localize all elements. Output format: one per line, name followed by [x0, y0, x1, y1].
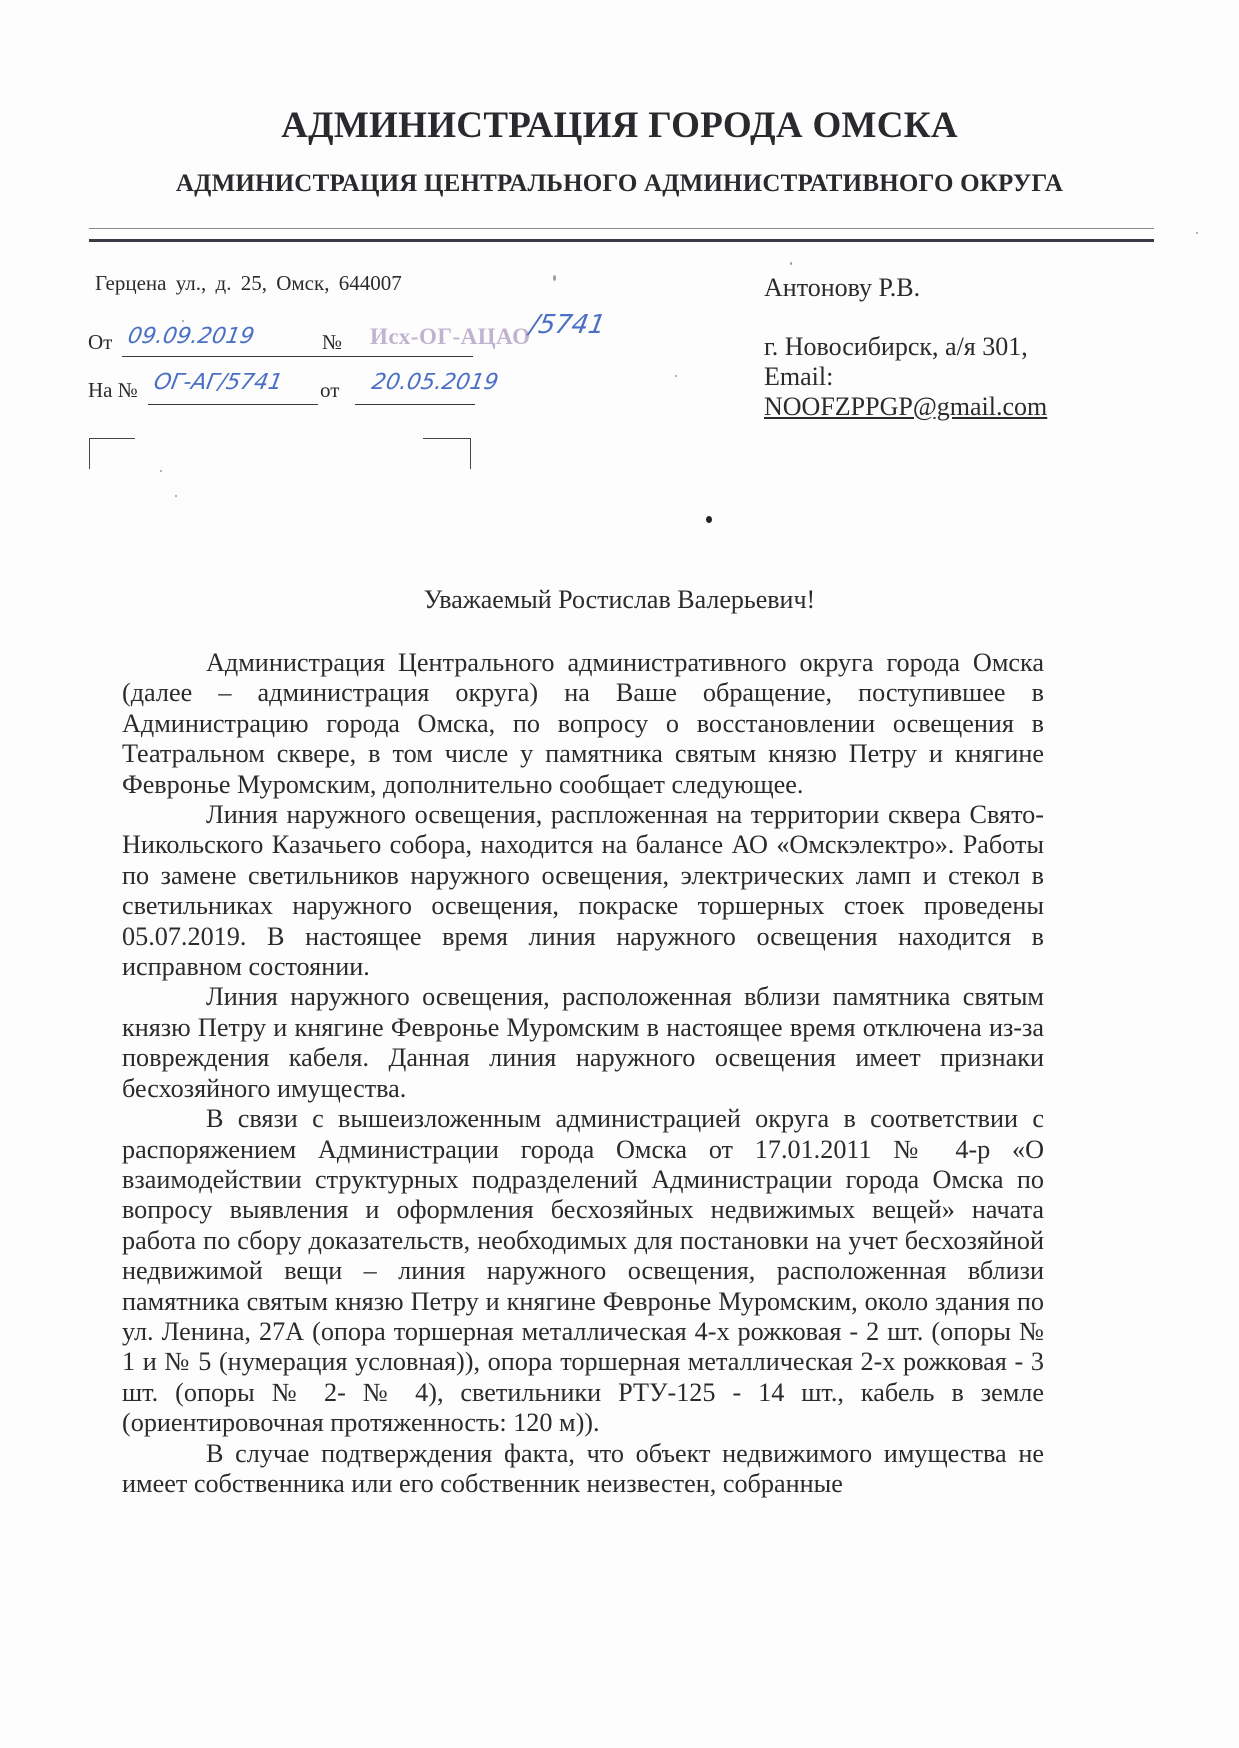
- header-rule-thick: [89, 239, 1154, 242]
- recipient-email-label: Email:: [764, 362, 1047, 392]
- sender-address: Герцена ул., д. 25, Омск, 644007: [95, 271, 402, 296]
- scan-speck: [175, 495, 177, 497]
- letter-page: АДМИНИСТРАЦИЯ ГОРОДА ОМСКА АДМИНИСТРАЦИЯ…: [0, 0, 1239, 1748]
- outgoing-reference-row: От 09.09.2019 № Исх-ОГ-АЦАО /5741: [88, 330, 648, 360]
- letter-body: Администрация Центрального административ…: [122, 648, 1044, 1499]
- incoming-reference-row: На № ОГ-АГ/5741 от 20.05.2019: [88, 378, 588, 408]
- scan-speck: [182, 320, 184, 322]
- scan-dot-mark: [706, 516, 712, 523]
- header-rule-thin: [89, 228, 1154, 229]
- from-label: От: [88, 330, 112, 355]
- scan-speck: [553, 275, 556, 281]
- scan-speck: [675, 375, 677, 377]
- reply-from-date-handwritten: 20.05.2019: [370, 370, 500, 395]
- body-paragraph: Линия наружного освещения, расположенная…: [122, 982, 1044, 1104]
- scan-speck: [790, 262, 792, 265]
- from-date-handwritten: 09.09.2019: [126, 324, 256, 349]
- recipient-name: Антонову Р.В.: [764, 273, 1047, 303]
- recipient-email-link[interactable]: NOOFZPPGP@gmail.com: [764, 392, 1047, 422]
- recipient-block: Антонову Р.В. г. Новосибирск, а/я 301, E…: [764, 273, 1047, 422]
- scan-speck: [1196, 232, 1198, 234]
- body-paragraph: Администрация Центрального административ…: [122, 648, 1044, 800]
- sub-organization-title: АДМИНИСТРАЦИЯ ЦЕНТРАЛЬНОГО АДМИНИСТРАТИВ…: [0, 170, 1239, 198]
- scan-speck: [160, 470, 162, 472]
- recipient-address: г. Новосибирск, а/я 301,: [764, 332, 1047, 362]
- greeting: Уважаемый Ростислав Валерьевич!: [0, 585, 1239, 615]
- outgoing-number-stamp: Исх-ОГ-АЦАО: [370, 324, 531, 350]
- outgoing-number-handwritten: /5741: [527, 310, 607, 340]
- organization-title: АДМИНИСТРАЦИЯ ГОРОДА ОМСКА: [0, 104, 1239, 147]
- body-paragraph: В случае подтверждения факта, что объект…: [122, 1439, 1044, 1500]
- reply-to-number-handwritten: ОГ-АГ/5741: [152, 370, 285, 395]
- reply-to-label: На №: [88, 378, 138, 403]
- number-label: №: [322, 330, 342, 355]
- address-window-corner-left: [89, 438, 135, 469]
- reply-from-label: от: [320, 378, 339, 403]
- body-paragraph: Линия наружного освещения, распложенная …: [122, 800, 1044, 982]
- body-paragraph: В связи с вышеизложенным администрацией …: [122, 1104, 1044, 1438]
- address-window-corner-right: [423, 438, 471, 469]
